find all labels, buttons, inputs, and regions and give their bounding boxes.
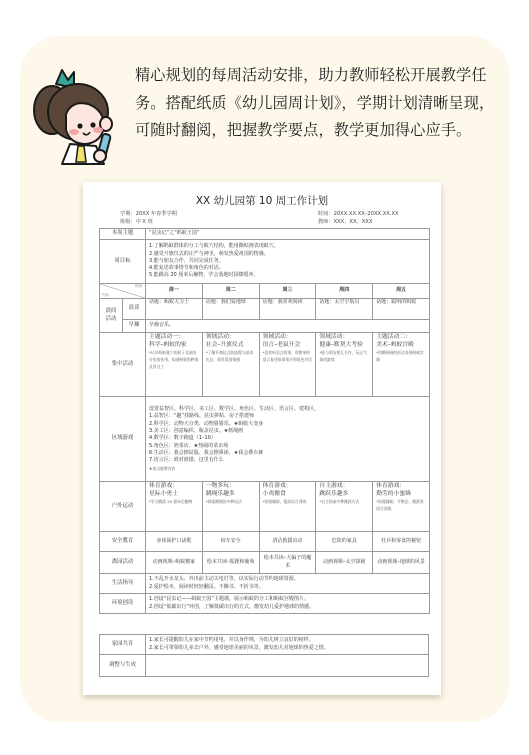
leave-cell: 动画视频–蚂蚁搬家: [146, 552, 203, 574]
goals-list: 1.了解蚂蚁群体的分工与蚁穴结构，能用撕贴画表现蚁穴。 2.感受升旗仪式的庄严与…: [146, 240, 430, 284]
morning-talk-row: 晨间活动 晨谈 话题：蚂蚁大力士 话题：我们爱地球 话题：我喜欢阅读 话题：太空…: [100, 299, 430, 320]
leave-cell: 动画视频–地球的风景: [373, 552, 430, 574]
morning-talk-cell: 话题：聪明的蚂蚁: [373, 299, 430, 320]
activity-type: 主题活动一：: [149, 333, 199, 341]
life-row: 生活指导 1.不乱开水龙头、外出前主动关电灯等，以实际行动节约地球资源。 2.爱…: [100, 574, 430, 594]
outdoor-cell: 体育游戏： 星际小勇士 *学习跳高 20 厘米后触物: [146, 482, 203, 532]
morning-exercise-label: 早操: [123, 320, 146, 333]
activity-name: 科学–蚂蚁的家: [149, 341, 199, 349]
safety-cell: 清洁救援出动: [259, 532, 316, 552]
leave-row: 离园活动 动画视频–蚂蚁搬家 绘本共读–狐狸和葡萄 绘本共读–大骗子的魔术 动画…: [100, 552, 430, 574]
day-header: 周四: [316, 284, 373, 299]
outdoor-name: 小鸡搬食: [263, 490, 313, 498]
env-list: 1.创设“昆虫记——蚂蚁王国”主题墙，展示蚂蚁的分工和蚂蚁宫殿图片。 2.创设“…: [146, 594, 430, 614]
outdoor-note: *探索跳绳的多种玩法: [206, 498, 256, 505]
document-title: XX 幼儿园第 10 周工作计划: [83, 193, 441, 208]
activity-type: 领域活动：: [263, 333, 313, 341]
outdoor-cell: 自主游戏： 跳跃乐趣多 *自主探索多种跳跃方式: [316, 482, 373, 532]
area-item: 7.语言区：谁对谁错、这里有什么: [149, 457, 426, 464]
outdoor-name: 跳绳乐趣多: [206, 490, 256, 498]
morning-label: 晨间活动: [100, 299, 123, 333]
area-item: 5.角色区：奶茶店、★热闹的菜市场: [149, 443, 426, 450]
morning-talk-cell: 话题：我喜欢阅读: [259, 299, 316, 320]
outdoor-type: 一物多玩：: [206, 482, 256, 490]
plan-table-bottom: 家园共育 1.家长可提醒幼儿在家中节约用电，并以身作则，为幼儿树立良好的榜样。 …: [99, 634, 429, 677]
outdoor-type: 自主游戏：: [319, 482, 369, 490]
intro-text: 精心规划的每周活动安排，助力教师轻松开展教学任务。搭配纸质《幼儿园周计划》，学期…: [135, 62, 495, 145]
day-header: 周三: [259, 284, 316, 299]
area-item: 1.益智区：“趣”找路线、昆虫拼贴、房子搭建师: [149, 413, 426, 420]
outdoor-note: *钻爬辅助、平衡走、跳跃等综合训练: [376, 498, 426, 512]
activity-name: 社会–升旗仪式: [206, 341, 256, 349]
activity-type: 领域活动：: [206, 333, 256, 341]
days-header-row: 时间 内容 周一 周二 周三 周四 周五: [100, 284, 430, 299]
group-label: 集中活动: [100, 333, 146, 397]
adjust-row: 调整与生成: [100, 655, 429, 677]
life-label: 生活指导: [100, 574, 146, 594]
area-list: 设置益智区、科学区、美工区、数学区、角色区、生活区、语言区、建构区。 1.益智区…: [146, 397, 430, 482]
plan-table: 本周主题 “昆虫记”之“蚂蚁王国” 周目标 1.了解蚂蚁群体的分工与蚁穴结构，能…: [99, 228, 430, 614]
outdoor-cell: 体育游戏： 勤劳的小蜜蜂 *钻爬辅助、平衡走、跳跃等综合训练: [373, 482, 430, 532]
group-activity-cell: 主题活动一： 科学–蚂蚁的家 *认识蚂蚁巢穴的样子及洞各分室的作用，知道蚂蚁的种…: [146, 333, 203, 397]
outdoor-name: 星际小勇士: [149, 490, 199, 498]
activity-type: 主题活动二：: [376, 333, 426, 341]
activity-name: 美术–蚂蚁宫殿: [376, 341, 426, 349]
theme-label: 本周主题: [100, 229, 146, 240]
home-list: 1.家长可提醒幼儿在家中节约用电，并以身作则，为幼儿树立良好的榜样。 2.家长可…: [146, 635, 429, 655]
leave-label: 离园活动: [100, 552, 146, 574]
group-activity-cell: 领域活动： 语言–老鼠开会 *喜欢听语言故事，用简单的语言复述故事情节和角色对话: [259, 333, 316, 397]
goal-item: 5.能跳高 20 厘米后触物，学会落地时屈膝缓冲。: [149, 272, 426, 279]
env-row: 环境创设 1.创设“昆虫记——蚂蚁王国”主题墙，展示蚂蚁的分工和蚂蚁宫殿图片。 …: [100, 594, 430, 614]
day-header: 周五: [373, 284, 430, 299]
activity-type: 领域活动：: [319, 333, 369, 341]
day-header: 周二: [202, 284, 259, 299]
girl-mascot-icon: [26, 66, 120, 170]
outdoor-name: 勤劳的小蜜蜂: [376, 490, 426, 498]
morning-talk-cell: 话题：太空宇航员: [316, 299, 373, 320]
safety-label: 安全教育: [100, 532, 146, 552]
outdoor-name: 跳跃乐趣多: [319, 490, 369, 498]
env-label: 环境创设: [100, 594, 146, 614]
semester-text: 学期：20XX 年春季学期: [120, 210, 177, 218]
activity-note: *了解升旗仪式的流程与基本礼仪，萌发爱国情感: [206, 349, 256, 363]
morning-talk-cell: 话题：蚂蚁大力士: [146, 299, 203, 320]
activity-note: *用撕贴画的形式表现蚂蚁宫殿: [376, 349, 426, 363]
goals-label: 周目标: [100, 240, 146, 284]
meta-right: 时间：20XX.XX.XX–20XX.XX.XX 教师：XXX、XX、XXX: [318, 210, 399, 226]
safety-cell: 校车安全: [202, 532, 259, 552]
leave-cell: 绘本共读–狐狸和葡萄: [202, 552, 259, 574]
env-item: 1.创设“昆虫记——蚂蚁王国”主题墙，展示蚂蚁的分工和蚂蚁宫殿图片。: [149, 596, 426, 603]
home-label: 家园共育: [100, 635, 146, 655]
theme-value: “昆虫记”之“蚂蚁王国”: [146, 229, 430, 240]
corner-right-label: 时间: [135, 284, 142, 289]
outdoor-note: *钻爬辅助，提高综合训练: [263, 498, 313, 505]
outdoor-row: 户外运动 体育游戏： 星际小勇士 *学习跳高 20 厘米后触物 一物多玩： 跳绳…: [100, 482, 430, 532]
adjust-value: [146, 655, 429, 677]
outdoor-note: *学习跳高 20 厘米后触物: [149, 498, 199, 505]
area-item: 4.数学区：数字跑道（1–10）: [149, 435, 426, 442]
group-activity-cell: 领域活动： 社会–升旗仪式 *了解升旗仪式的流程与基本礼仪，萌发爱国情感: [202, 333, 259, 397]
group-activity-row: 集中活动 主题活动一： 科学–蚂蚁的家 *认识蚂蚁巢穴的样子及洞各分室的作用，知…: [100, 333, 430, 397]
class-text: 班级：中 X 班: [120, 218, 177, 226]
teachers-text: 教师：XXX、XX、XXX: [318, 218, 399, 226]
meta-left: 学期：20XX 年春季学期 班级：中 X 班: [120, 210, 177, 226]
goals-row: 周目标 1.了解蚂蚁群体的分工与蚁穴结构，能用撕贴画表现蚁穴。 2.感受升旗仪式…: [100, 240, 430, 284]
outdoor-type: 体育游戏：: [149, 482, 199, 490]
outdoor-label: 户外运动: [100, 482, 146, 532]
morning-talk-cell: 话题：我们爱地球: [202, 299, 259, 320]
outdoor-type: 体育游戏：: [263, 482, 313, 490]
safety-cell: 杜兵和零食的秘密: [373, 532, 430, 552]
corner-cell: 时间 内容: [100, 284, 146, 299]
activity-note: *能与朋友相互合作，玩运气球的游戏: [319, 349, 369, 363]
activity-name: 语言–老鼠开会: [263, 341, 313, 349]
goal-item: 2.感受升旗仪式的庄严与神圣，萌发热爱祖国的情感。: [149, 251, 426, 258]
leave-cell: 绘本共读–大骗子的魔术: [259, 552, 316, 574]
morning-talk-label: 晨谈: [123, 299, 146, 320]
activity-note: *认识蚂蚁巢穴的样子及洞各分室的作用，知道蚂蚁的种类及其分工: [149, 349, 199, 370]
corner-left-label: 内容: [102, 293, 109, 298]
life-list: 1.不乱开水龙头、外出前主动关电灯等，以实际行动节约地球资源。 2.爱护绘本，阅…: [146, 574, 430, 594]
activity-name: 健康–默契大考验: [319, 341, 369, 349]
home-row: 家园共育 1.家长可提醒幼儿在家中节约用电，并以身作则，为幼儿树立良好的榜样。 …: [100, 635, 429, 655]
group-activity-cell: 主题活动二： 美术–蚂蚁宫殿 *用撕贴画的形式表现蚂蚁宫殿: [373, 333, 430, 397]
safety-row: 安全教育 身体保护口诀歌 校车安全 清洁救援出动 危险的家具 杜兵和零食的秘密: [100, 532, 430, 552]
life-item: 2.爱护绘本，阅读时轻轻翻页、不撕书、不折书等。: [149, 584, 426, 591]
goal-item: 1.了解蚂蚁群体的分工与蚁穴结构，能用撕贴画表现蚁穴。: [149, 243, 426, 250]
theme-row: 本周主题 “昆虫记”之“蚂蚁王国”: [100, 229, 430, 240]
outdoor-note: *自主探索多种跳跃方式: [319, 498, 369, 505]
morning-exercise-value: 早操音乐。: [146, 320, 430, 333]
safety-cell: 危险的家具: [316, 532, 373, 552]
time-text: 时间：20XX.XX.XX–20XX.XX.XX: [318, 210, 399, 218]
group-activity-cell: 领域活动： 健康–默契大考验 *能与朋友相互合作，玩运气球的游戏: [316, 333, 373, 397]
day-header: 周一: [146, 284, 203, 299]
life-item: 1.不乱开水龙头、外出前主动关电灯等，以实际行动节约地球资源。: [149, 576, 426, 583]
outdoor-type: 体育游戏：: [376, 482, 426, 490]
home-item: 2.家长可带领幼儿多去户外，感受地球美丽的风景，激发幼儿对地球的热爱之情。: [149, 645, 425, 652]
area-label: 区域游戏: [100, 397, 146, 482]
outdoor-cell: 一物多玩： 跳绳乐趣多 *探索跳绳的多种玩法: [202, 482, 259, 532]
outdoor-cell: 体育游戏： 小鸡搬食 *钻爬辅助，提高综合训练: [259, 482, 316, 532]
home-item: 1.家长可提醒幼儿在家中节约用电，并以身作则，为幼儿树立良好的榜样。: [149, 637, 425, 644]
env-item: 2.创设“低碳出行”环创，了解低碳出行的方式，激发幼儿爱护地球的情感。: [149, 604, 426, 611]
area-note: ★表示新增内容: [149, 465, 426, 472]
morning-exercise-row: 早操 早操音乐。: [100, 320, 430, 333]
weekly-plan-document: XX 幼儿园第 10 周工作计划 学期：20XX 年春季学期 班级：中 X 班 …: [83, 182, 441, 695]
area-games-row: 区域游戏 设置益智区、科学区、美工区、数学区、角色区、生活区、语言区、建构区。 …: [100, 397, 430, 482]
leave-cell: 动画视频–太空探秘: [316, 552, 373, 574]
activity-note: *喜欢听语言故事，用简单的语言复述故事情节和角色对话: [263, 349, 313, 363]
adjust-label: 调整与生成: [100, 655, 146, 677]
area-item: 2.科学区：动物大分类、动物猜猜乐、★蚂蚁大变身: [149, 421, 426, 428]
safety-cell: 身体保护口诀歌: [146, 532, 203, 552]
